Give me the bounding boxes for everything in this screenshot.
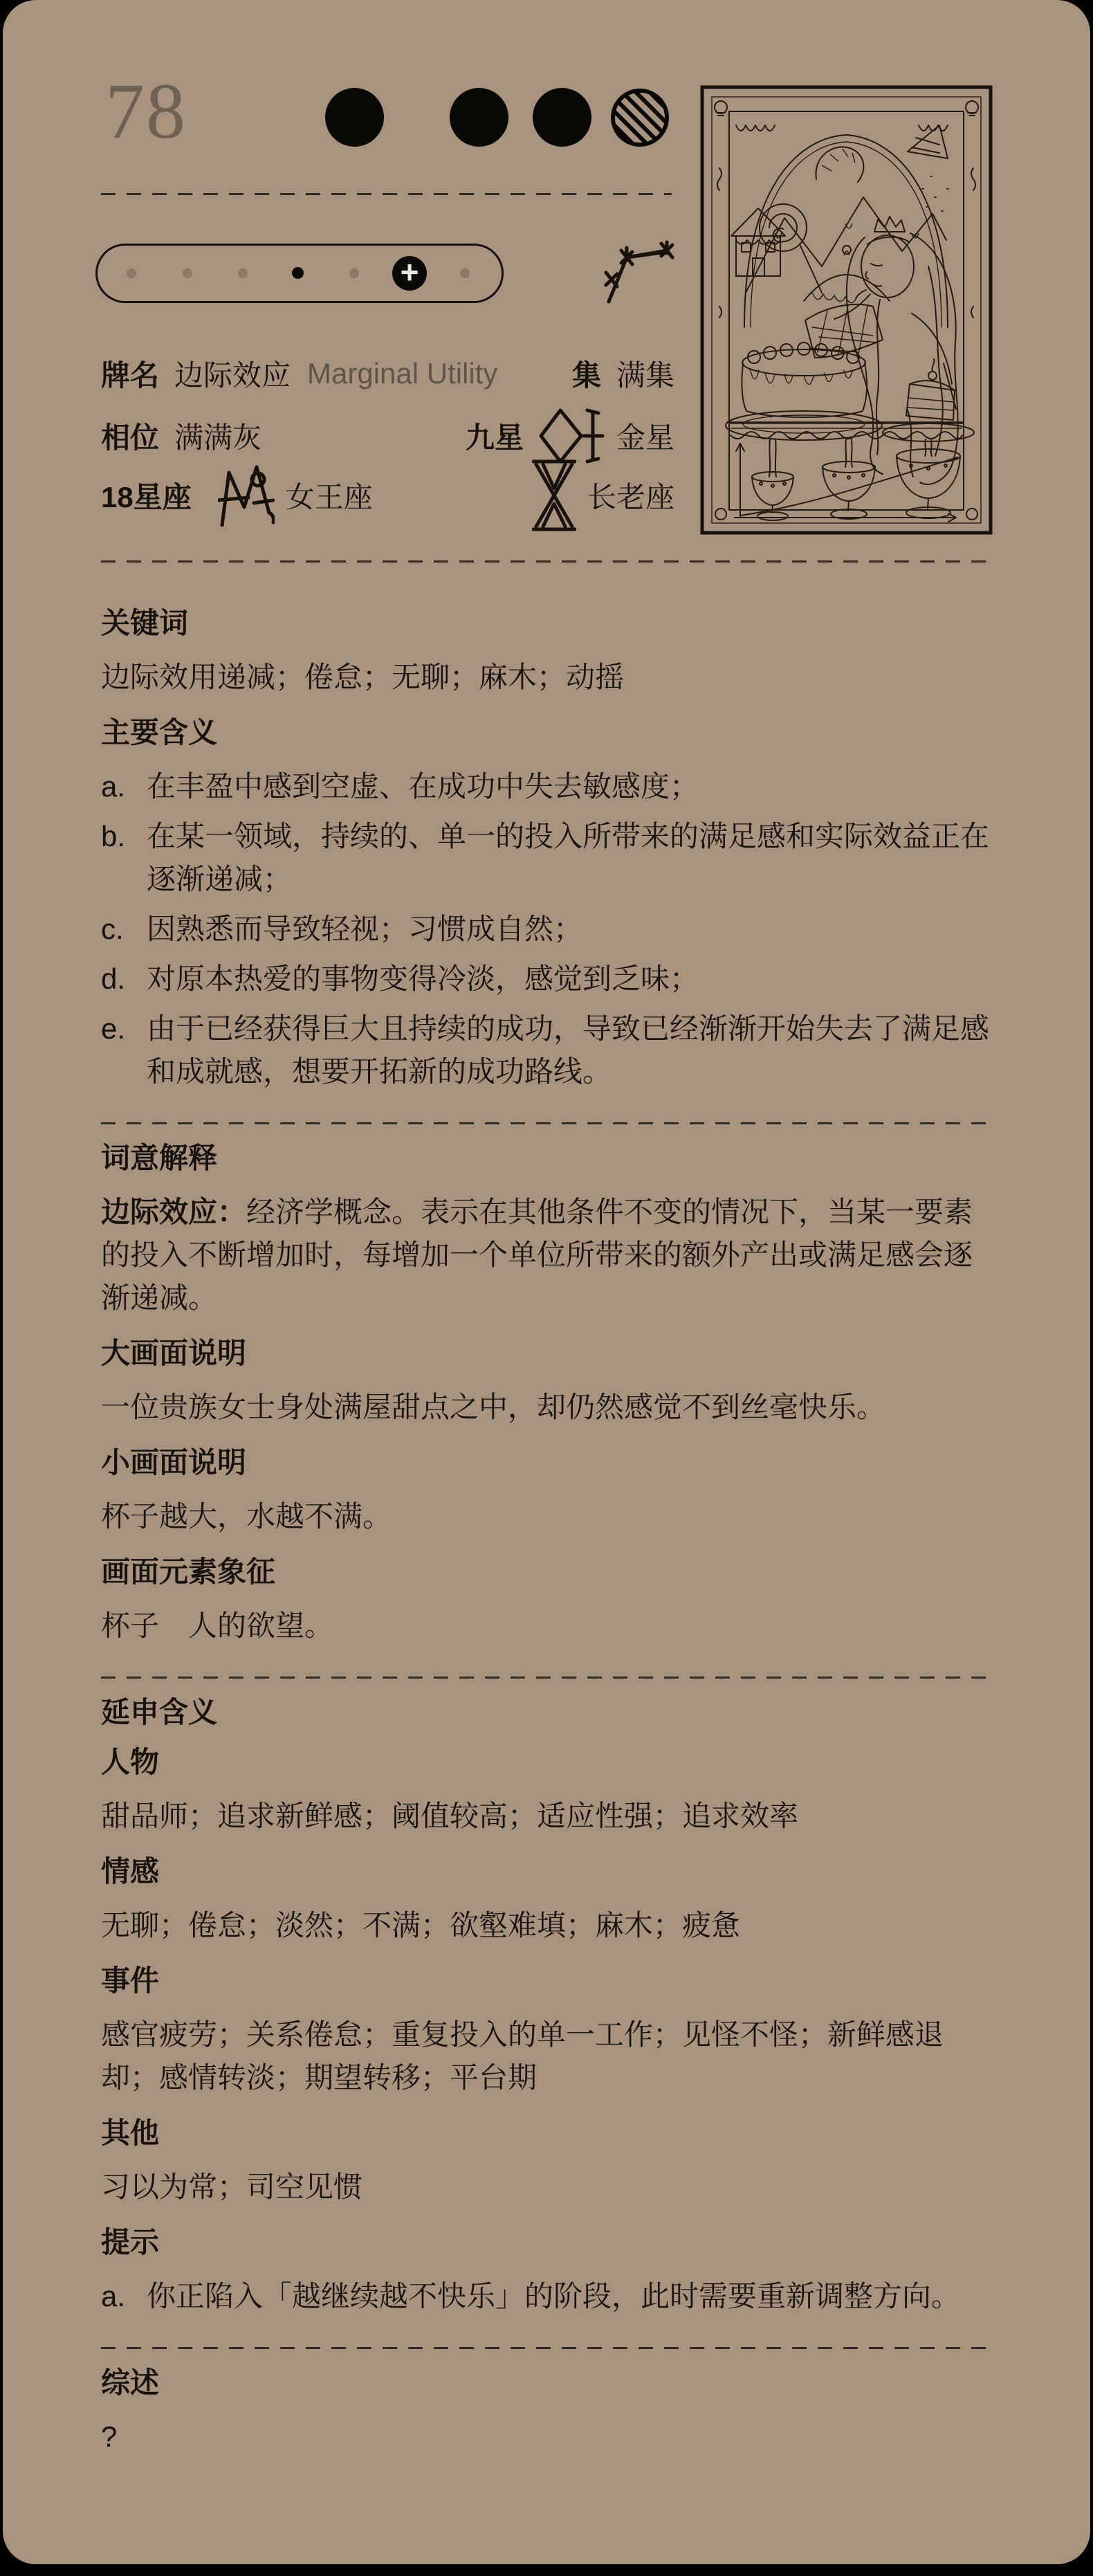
name-value: 边际效应 [174,353,291,394]
zodiac-value: 女王座 [286,475,373,516]
queen-sigil-icon [218,462,275,529]
section-heading-keywords: 关键词 [101,608,993,639]
list-item: d. 对原本热爱的事物变得冷淡，感觉到乏味； [101,958,993,1001]
nine-star-group: 九星 金星 [466,414,674,458]
definition-text: 边际效应：经济学概念。表示在其他条件不变的情况下，当某一要素的投入不断增加时，每… [101,1191,993,1319]
list-item: e. 由于已经获得巨大且持续的成功，导致已经渐渐开始失去了满足感和成就感，想要开… [101,1007,993,1093]
elder-group: 长老座 [532,473,674,518]
set-value: 满集 [616,353,674,394]
section-heading-figures: 人物 [101,1746,993,1778]
slider-dot[interactable] [238,268,248,278]
elder-value: 长老座 [587,475,674,516]
hatched-circle-icon [611,89,669,147]
section-heading-extended: 延申含义 [101,1697,993,1728]
filled-circle-icon [533,88,591,147]
section-heading-symbols: 画面元素象征 [101,1556,993,1588]
slider-dot[interactable] [460,268,470,278]
card-detail-page: 78 + [3,0,1090,2564]
divider [101,1122,993,1124]
phase-row: 相位 满满灰 [101,414,261,458]
nine-star-label: 九星 [466,415,524,457]
big-picture-text: 一位贵族女士身处满屋甜点之中，却仍然感觉不到丝毫快乐。 [101,1386,993,1429]
filled-circle-icon [450,88,508,147]
list-item: a. 在丰盈中感到空虚、在成功中失去敏感度； [101,765,993,808]
set-group: 集 满集 [572,351,674,396]
section-heading-summary: 综述 [101,2367,993,2399]
list-text: 在丰盈中感到空虚、在成功中失去敏感度； [147,770,699,803]
section-heading-emotions: 情感 [101,1856,993,1888]
nine-star-value: 金星 [616,415,674,457]
zodiac-label: 18星座 [101,475,192,516]
name-english: Marginal Utility [307,357,497,390]
list-marker: a. [101,2275,125,2318]
list-text: 你正陷入「越继续越不快乐」的阶段，此时需要重新调整方向。 [147,2280,960,2312]
list-marker: d. [101,958,125,1001]
list-marker: b. [101,815,125,858]
others-text: 习以为常；司空见惯 [101,2166,993,2209]
events-text: 感官疲劳；关系倦怠；重复投入的单一工作；见怪不怪；新鲜感退却；感情转淡；期望转移… [101,2013,993,2099]
definition-term: 边际效应： [101,1196,246,1228]
section-heading-events: 事件 [101,1965,993,1997]
divider [101,560,993,563]
card-number: 78 [105,72,187,151]
list-text: 在某一领域，持续的、单一的投入所带来的满足感和实际效益正在逐渐递减； [147,820,989,895]
list-text: 对原本热爱的事物变得冷淡，感觉到乏味； [147,962,699,995]
divider [101,1677,993,1679]
phase-label: 相位 [101,415,159,457]
phase-value: 满满灰 [174,415,261,457]
section-heading-big-picture: 大画面说明 [101,1337,993,1369]
summary-text: ? [101,2415,993,2458]
dessert-lady-line-art [700,85,993,535]
sketch-arrow-icon [600,239,678,304]
symbols-text: 杯子 人的欲望。 [101,1605,993,1647]
small-picture-text: 杯子越大，水越不满。 [101,1495,993,1538]
section-heading-tips: 提示 [101,2227,993,2258]
nine-star-sigil-icon [539,406,605,466]
section-heading-others: 其他 [101,2117,993,2149]
name-label: 牌名 [101,353,159,394]
filled-circle-icon [325,88,384,147]
list-item: c. 因熟悉而导致轻视；习惯成自然； [101,908,993,951]
divider [101,2347,993,2349]
level-slider[interactable]: + [95,244,504,303]
plus-icon: + [401,256,419,288]
card-name-row: 牌名 边际效应 Marginal Utility [101,351,497,396]
section-heading-definition: 词意解释 [101,1142,993,1174]
slider-dot[interactable] [127,268,136,278]
slider-dot[interactable] [183,268,192,278]
slider-dot[interactable] [349,268,359,278]
card-illustration [700,85,993,535]
emotions-text: 无聊；倦怠；淡然；不满；欲壑难填；麻木；疲惫 [101,1904,993,1947]
card-description: 关键词 边际效用递减；倦怠；无聊；麻木；动摇 主要含义 a. 在丰盈中感到空虚、… [101,584,993,2458]
list-marker: a. [101,765,125,808]
slider-dot-active[interactable] [292,267,304,279]
list-marker: e. [101,1007,125,1050]
list-item: a. 你正陷入「越继续越不快乐」的阶段，此时需要重新调整方向。 [101,2275,993,2318]
list-marker: c. [101,908,124,951]
list-item: b. 在某一领域，持续的、单一的投入所带来的满足感和实际效益正在逐渐递减； [101,815,993,901]
section-heading-small-picture: 小画面说明 [101,1447,993,1479]
zodiac-row: 18星座 女王座 [101,473,373,518]
set-label: 集 [572,353,601,394]
list-text: 由于已经获得巨大且持续的成功，导致已经渐渐开始失去了满足感和成就感，想要开拓新的… [147,1012,989,1088]
elder-sigil-icon [532,458,576,533]
keywords-text: 边际效用递减；倦怠；无聊；麻木；动摇 [101,656,993,699]
plus-button[interactable]: + [392,256,427,291]
divider [101,193,672,195]
section-heading-main-meanings: 主要含义 [101,717,993,749]
figures-text: 甜品师；追求新鲜感；阈值较高；适应性强；追求效率 [101,1795,993,1838]
list-text: 因熟悉而导致轻视；习惯成自然； [147,913,582,945]
